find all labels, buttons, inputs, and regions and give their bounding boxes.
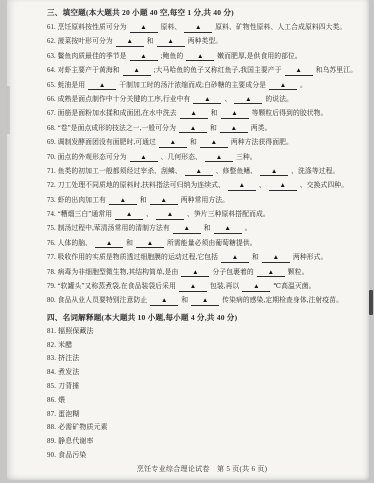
- answer-blank: ▲: [285, 67, 313, 76]
- answer-blank: ▲: [214, 225, 242, 234]
- answer-blank: ▲: [130, 24, 158, 33]
- answer-blank: ▲: [136, 240, 164, 249]
- answer-blank: ▲: [115, 211, 143, 220]
- answer-blank: ▲: [221, 254, 249, 263]
- answer-blank: ▲: [220, 125, 248, 134]
- fill-blank-question: 80. 食品从业人员要特别注意防止▲和▲传染病的感染,定期检查身体,注射疫苗。: [47, 295, 361, 309]
- scanned-exam-page: { "colors": { "page_background": "#c7c6c…: [0, 0, 374, 483]
- definition-term: 84. 煮发法: [47, 368, 361, 382]
- fill-blank-question: 66. 成熟是面点制作中十分关键的工序,行业中有▲、▲的说法。: [47, 94, 361, 108]
- page-content: 三、填空题(本大题共 20 小题 40 空,每空 1 分,共 40 分) 61.…: [47, 8, 361, 465]
- answer-blank: ▲: [95, 240, 123, 249]
- definition-term: 81. 辐照保藏法: [47, 327, 361, 341]
- fill-blank-question: 75. 制汤过程中,荤清汤常用的清制方法有▲和▲。: [47, 223, 361, 237]
- scan-shadow-artifact: [7, 86, 10, 134]
- answer-blank: ▲: [116, 38, 144, 47]
- fill-blank-question: 61. 烹饪原料按性质可分为▲原料、▲原料、矿物性原料、人工合成原料四大类。: [47, 22, 361, 36]
- answer-blank: ▲: [173, 225, 201, 234]
- definition-term: 90. 食品污染: [47, 451, 361, 465]
- answer-blank: ▲: [150, 297, 178, 306]
- answer-blank: ▲: [242, 283, 270, 292]
- section-4-title: 四、名词解释题(本大题共 10 小题,每小题 4 分,共 40 分): [47, 313, 361, 323]
- answer-blank: ▲: [200, 139, 228, 148]
- definition-term: 86. 煨: [47, 396, 361, 410]
- answer-blank: ▲: [186, 53, 214, 62]
- fill-blank-question: 70. 面点的外观形态可分为▲、几何形态、▲三种。: [47, 152, 361, 166]
- section-3-title: 三、填空题(本大题共 20 小题 40 空,每空 1 分,共 40 分): [47, 8, 361, 18]
- answer-blank: ▲: [257, 269, 285, 278]
- answer-blank: ▲: [193, 96, 221, 105]
- fill-blank-question: 79. “软罐头”又称蒸煮袋,在食品装袋后采用▲包装,再以▲℃高温灭菌。: [47, 281, 361, 295]
- answer-blank: ▲: [130, 154, 158, 163]
- fill-blank-question: 73. 虾的出肉加工有▲和▲两种常用方法。: [47, 195, 361, 209]
- section-4-items: 81. 辐照保藏法82. 米醋83. 挤注法84. 煮发法85. 刀背捶86. …: [47, 327, 361, 465]
- answer-blank: ▲: [205, 154, 233, 163]
- answer-blank: ▲: [123, 67, 151, 76]
- answer-blank: ▲: [180, 110, 208, 119]
- fill-blank-question: 63. 鳖鱼肉质最佳的季节是▲;鲍鱼的▲嫩而肥厚,是供食用的部位。: [47, 51, 361, 65]
- definition-term: 85. 刀背捶: [47, 382, 361, 396]
- answer-blank: ▲: [191, 297, 219, 306]
- paper-sheet: 三、填空题(本大题共 20 小题 40 空,每空 1 分,共 40 分) 61.…: [7, 0, 369, 480]
- answer-blank: ▲: [88, 82, 116, 91]
- fill-blank-question: 68. “卷”是面点成形的技法之一,一般可分为▲和▲两类。: [47, 123, 361, 137]
- answer-blank: ▲: [150, 197, 178, 206]
- answer-blank: ▲: [130, 53, 158, 62]
- answer-blank: ▲: [262, 254, 290, 263]
- fill-blank-question: 62. 菠菜按叶形可分为▲和▲两种类型。: [47, 36, 361, 50]
- fill-blank-question: 78. 病毒为非细胞型微生物,其结构简单,是由▲分子包裹着的▲颗粒。: [47, 267, 361, 281]
- fill-blank-question: 64. 对虾主要产于黄海和▲;大马哈鱼的鱼子又称红鱼子,我国主要产于▲和乌苏里江…: [47, 65, 361, 79]
- answer-blank: ▲: [156, 211, 184, 220]
- answer-blank: ▲: [184, 24, 212, 33]
- fill-blank-question: 72. 刀工处理不同质地的原料时,扶料指法可归纳为连续式、▲、▲、交换式四种。: [47, 180, 361, 194]
- page-footer: 烹饪专业综合理论试卷 第 5 页(共 6 页): [7, 464, 369, 474]
- fill-blank-question: 69. 调制发酵面团没有面肥时,可通过▲和▲两种方法获得面肥。: [47, 137, 361, 151]
- fill-blank-question: 74. “糟熘三白”通常用▲、▲、笋片三种原料搭配而成。: [47, 209, 361, 223]
- answer-blank: ▲: [228, 182, 256, 191]
- fill-blank-question: 65. 蚝油是用▲干制加工时的汤汁浓缩而成;白砂糖的主要成分是▲。: [47, 80, 361, 94]
- definition-term: 88. 必需矿物质元素: [47, 423, 361, 437]
- ink-mark-artifact: [369, 290, 373, 315]
- fill-blank-question: 76. 人体的脑、▲和▲所需能量必须由葡萄糖提供。: [47, 238, 361, 252]
- answer-blank: ▲: [109, 197, 137, 206]
- definition-term: 83. 挤注法: [47, 354, 361, 368]
- definition-term: 87. 蛋泡糊: [47, 410, 361, 424]
- answer-blank: ▲: [269, 82, 297, 91]
- fill-blank-question: 71. 鱼类的初加工一般都须经过宰杀、刮鳞、▲、修整鱼鳍、▲、洗涤等过程。: [47, 166, 361, 180]
- answer-blank: ▲: [179, 125, 207, 134]
- definition-term: 89. 静息代谢率: [47, 437, 361, 451]
- answer-blank: ▲: [185, 168, 213, 177]
- answer-blank: ▲: [221, 110, 249, 119]
- answer-blank: ▲: [260, 168, 288, 177]
- definition-term: 82. 米醋: [47, 341, 361, 355]
- answer-blank: ▲: [269, 182, 297, 191]
- answer-blank: ▲: [179, 283, 207, 292]
- answer-blank: ▲: [234, 96, 262, 105]
- section-3-items: 61. 烹饪原料按性质可分为▲原料、▲原料、矿物性原料、人工合成原料四大类。62…: [47, 22, 361, 310]
- answer-blank: ▲: [159, 139, 187, 148]
- answer-blank: ▲: [157, 38, 185, 47]
- answer-blank: ▲: [181, 269, 209, 278]
- fill-blank-question: 67. 面筋是面粉加水揉和成面团,在水中洗去▲和▲等颗粒后得到的胶状物。: [47, 108, 361, 122]
- fill-blank-question: 77. 吸收作用的实质是物质透过细胞膜的运动过程,它包括▲和▲两种形式。: [47, 252, 361, 266]
